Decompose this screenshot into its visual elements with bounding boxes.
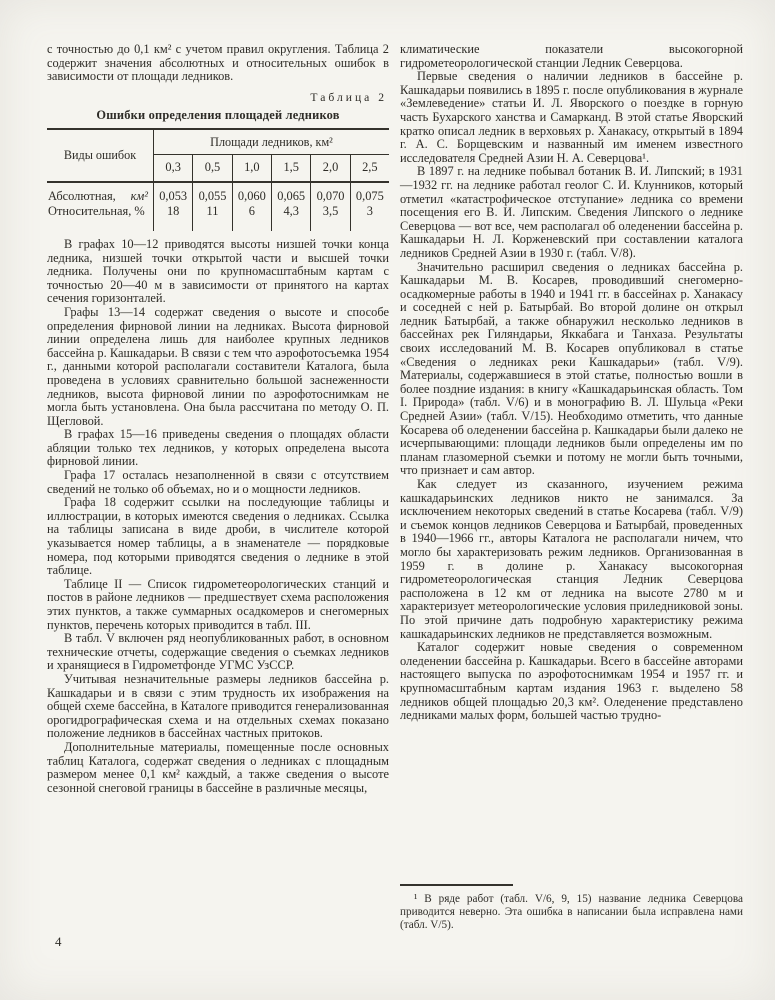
paragraph: климатические показатели высокогорной ги… bbox=[400, 43, 743, 70]
scanned-book-page: с точностью до 0,1 км² с учетом правил о… bbox=[0, 0, 775, 1000]
area-header-cell: 1,0 bbox=[232, 154, 271, 182]
paragraph: В табл. V включен ряд неопубликованных р… bbox=[47, 632, 389, 673]
left-column: с точностью до 0,1 км² с учетом правил о… bbox=[47, 43, 389, 795]
value-cell: 3,5 bbox=[311, 204, 350, 231]
value-cell: 0,070 bbox=[311, 182, 350, 204]
paragraph: В 1897 г. на леднике побывал ботаник В. … bbox=[400, 165, 743, 260]
value-cell: 0,060 bbox=[232, 182, 271, 204]
table-title: Ошибки определения площадей ледников bbox=[47, 109, 389, 123]
footnote-separator bbox=[400, 884, 513, 886]
row-label: Абсолютная, bbox=[48, 190, 116, 203]
area-header-cell: 1,5 bbox=[272, 154, 311, 182]
row-label-cell: Абсолютная, км² bbox=[47, 182, 154, 204]
paragraph: Учитывая незначительные размеры ледников… bbox=[47, 673, 389, 741]
page-number: 4 bbox=[55, 934, 62, 950]
footnote-block: ¹ В ряде работ (табл. V/6, 9, 15) назван… bbox=[400, 884, 743, 932]
value-cell: 0,065 bbox=[272, 182, 311, 204]
paragraph: Графы 13—14 содержат сведения о высоте и… bbox=[47, 306, 389, 428]
paragraph: Графа 17 осталась незаполненной в связи … bbox=[47, 469, 389, 496]
value-cell: 6 bbox=[232, 204, 271, 231]
value-cell: 11 bbox=[193, 204, 232, 231]
paragraph: Как следует из сказанного, изучением реж… bbox=[400, 478, 743, 641]
area-header-cell: 0,5 bbox=[193, 154, 232, 182]
intro-paragraph: с точностью до 0,1 км² с учетом правил о… bbox=[47, 43, 389, 84]
paragraph: Графа 18 содержит ссылки на последующие … bbox=[47, 496, 389, 578]
area-header-cell: 2,5 bbox=[350, 154, 389, 182]
right-column: климатические показатели высокогорной ги… bbox=[400, 43, 743, 723]
area-header-cell: 0,3 bbox=[154, 154, 193, 182]
paragraph: Первые сведения о наличии ледников в бас… bbox=[400, 70, 743, 165]
value-cell: 3 bbox=[350, 204, 389, 231]
paragraph: Значительно расширил сведения о ледниках… bbox=[400, 261, 743, 479]
value-cell: 0,055 bbox=[193, 182, 232, 204]
value-cell: 0,053 bbox=[154, 182, 193, 204]
paragraph: Таблице II — Список гидрометеорологическ… bbox=[47, 578, 389, 632]
value-cell: 18 bbox=[154, 204, 193, 231]
value-cell: 4,3 bbox=[272, 204, 311, 231]
paragraph: Дополнительные материалы, помещенные пос… bbox=[47, 741, 389, 795]
paragraph: В графах 15—16 приведены сведения о площ… bbox=[47, 428, 389, 469]
paragraph: Каталог содержит новые сведения о соврем… bbox=[400, 641, 743, 723]
errors-table: Виды ошибок Площади ледников, км² 0,3 0,… bbox=[47, 128, 389, 231]
row-unit: км² bbox=[131, 190, 148, 203]
col-group-cell: Площади ледников, км² bbox=[154, 129, 390, 155]
paragraph: В графах 10—12 приводятся высоты низшей … bbox=[47, 238, 389, 306]
value-cell: 0,075 bbox=[350, 182, 389, 204]
footnote-text: ¹ В ряде работ (табл. V/6, 9, 15) назван… bbox=[400, 893, 743, 932]
row-header-cell: Виды ошибок bbox=[47, 129, 154, 182]
row-label-cell: Относительная, % bbox=[47, 204, 154, 231]
table-caption: Таблица 2 bbox=[47, 91, 387, 105]
area-header-cell: 2,0 bbox=[311, 154, 350, 182]
